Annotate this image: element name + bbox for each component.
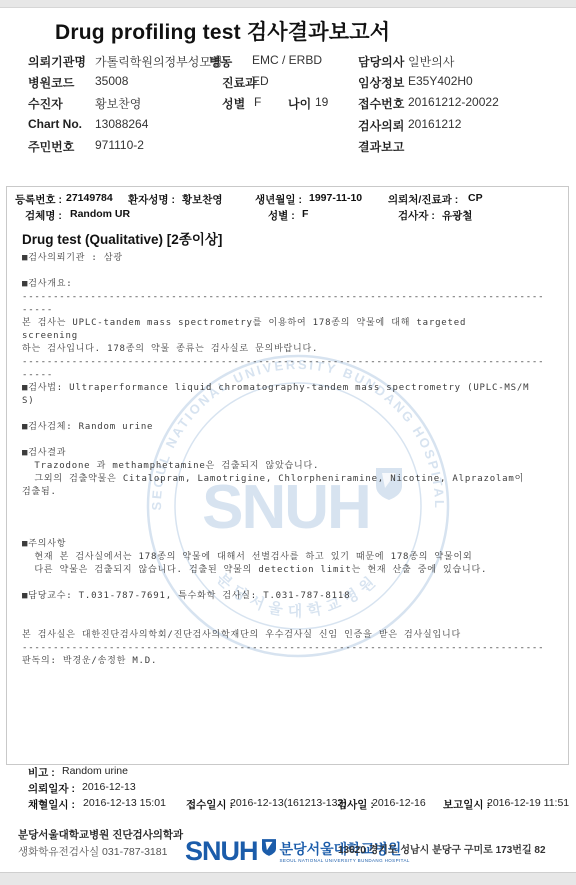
specimen-value: Random UR <box>70 208 130 220</box>
report-body: ■검사의뢰기관 : 삼광 ■검사개요:---------------------… <box>22 252 558 668</box>
receipt-datetime-value: 2016-12-13(161213-133) <box>230 797 347 809</box>
report-line: ■검사검체: Random urine <box>22 421 558 434</box>
bottom-gray-strip <box>0 872 576 885</box>
report-line: ■검사법: Ultraperformance liquid chromatogr… <box>22 382 558 395</box>
report-date-label: 보고일시 : <box>443 797 490 812</box>
report-line: ■주의사항 <box>22 538 558 551</box>
footer-address: 13620 경기도 성남시 분당구 구미로 173번길 82 <box>338 841 546 856</box>
header-value: E35Y402H0 <box>408 74 473 88</box>
test-date-label: 검사일 : <box>337 797 374 812</box>
specimen-label: 검체명 : <box>25 208 62 223</box>
patient-name-value: 황보찬영 <box>182 192 223 207</box>
report-page: Drug profiling test 검사결과보고서 의뢰기관명 가톨릭학원의… <box>0 0 576 885</box>
header-label: 병동 <box>209 53 232 70</box>
header-value: ED <box>252 74 269 88</box>
report-line: ----------------------------------------… <box>22 356 558 369</box>
header-value: 일반의사 <box>408 53 454 70</box>
report-line <box>22 408 558 421</box>
report-line: 하는 검사입니다. 178종의 약물 종류는 검사실로 문의바랍니다. <box>22 343 558 356</box>
header-value: 20161212-20022 <box>408 95 499 109</box>
top-gray-strip <box>0 0 576 8</box>
report-line: 현재 본 검사실에서는 178종의 약물에 대해서 선별검사를 하고 있기 때문… <box>22 551 558 564</box>
report-line <box>22 434 558 447</box>
header-value: 19 <box>315 95 328 109</box>
header-value: F <box>254 95 261 109</box>
report-line: 그외의 검출약물은 Citalopram, Lamotrigine, Chlor… <box>22 473 558 486</box>
receipt-datetime-label: 접수일시 : <box>186 797 233 812</box>
header-label: 담당의사 <box>358 53 404 70</box>
request-date-label: 의뢰일자 : <box>28 781 75 796</box>
collect-datetime-value: 2016-12-13 15:01 <box>83 797 166 809</box>
header-value: 20161212 <box>408 117 461 131</box>
report-line: Trazodone 과 methamphetamine은 검출되지 않았습니다. <box>22 460 558 473</box>
report-line: ----- <box>22 304 558 317</box>
report-line: 판독의: 박경운/송정한 M.D. <box>22 655 558 668</box>
header-value: 가톨릭학원의정부성모병 <box>95 53 223 70</box>
header-value: 35008 <box>95 74 128 88</box>
report-line: ----------------------------------------… <box>22 291 558 304</box>
report-line: screening <box>22 330 558 343</box>
report-line <box>22 577 558 590</box>
header-label: 나이 <box>288 95 311 112</box>
header-value: EMC / ERBD <box>252 53 322 67</box>
report-line <box>22 265 558 278</box>
header-label: 결과보고 <box>358 138 404 155</box>
request-date-value: 2016-12-13 <box>82 781 136 793</box>
footer-lab-phone: 생화학유전검사실 031-787-3181 <box>18 844 167 859</box>
header-value: 황보찬영 <box>95 95 141 112</box>
report-line <box>22 603 558 616</box>
patient-name-label: 환자성명 : <box>128 192 175 207</box>
snuh-shield-icon <box>262 839 276 856</box>
referral-dept-value: CP <box>468 192 483 204</box>
examiner-value: 유광철 <box>442 208 472 223</box>
header-label: 의뢰기관명 <box>28 53 86 70</box>
header-label: 성별 <box>222 95 245 112</box>
report-line <box>22 616 558 629</box>
header-label: 수진자 <box>28 95 63 112</box>
header-label: 검사의뢰 <box>358 117 404 134</box>
header-label: 접수번호 <box>358 95 404 112</box>
test-name-title: Drug test (Qualitative) [2종이상] <box>22 228 222 248</box>
logo-hospital-subtext: SEOUL NATIONAL UNIVERSITY BUNDANG HOSPIT… <box>280 858 410 863</box>
collect-datetime-label: 채혈일시 : <box>28 797 75 812</box>
examiner-label: 검사자 : <box>398 208 435 223</box>
sex-value: F <box>302 208 308 220</box>
note-label: 비고 : <box>28 765 55 780</box>
report-line: 본 검사실은 대한진단검사의학회/진단검사의학재단의 우수검사실 신임 인증을 … <box>22 629 558 642</box>
report-line: S) <box>22 395 558 408</box>
footer-department: 분당서울대학교병원 진단검사의학과 <box>18 827 183 842</box>
report-line: ■검사결과 <box>22 447 558 460</box>
report-line: ■담당교수: T.031-787-7691, 특수화학 검사실: T.031-7… <box>22 590 558 603</box>
sex-label: 성별 : <box>268 208 295 223</box>
report-line <box>22 512 558 525</box>
report-line: ----- <box>22 369 558 382</box>
header-label: 주민번호 <box>28 138 74 155</box>
report-line: ■검사개요: <box>22 278 558 291</box>
header-value: 971110-2 <box>95 138 144 152</box>
referral-dept-label: 의뢰처/진료과 : <box>388 192 458 207</box>
page-title: Drug profiling test 검사결과보고서 <box>55 16 390 46</box>
report-line <box>22 525 558 538</box>
report-line: 다른 약물은 검출되지 않습니다. 검출된 약물의 detection limi… <box>22 564 558 577</box>
header-value: 13088264 <box>95 117 148 131</box>
report-line: 본 검사는 UPLC-tandem mass spectrometry를 이용하… <box>22 317 558 330</box>
reg-no-label: 등록번호 : <box>15 192 62 207</box>
header-label: 병원코드 <box>28 74 74 91</box>
reg-no-value: 27149784 <box>66 192 113 204</box>
header-label: 임상정보 <box>358 74 404 91</box>
test-date-value: 2016-12-16 <box>372 797 426 809</box>
birth-value: 1997-11-10 <box>309 192 362 204</box>
birth-label: 생년월일 : <box>255 192 302 207</box>
note-value: Random urine <box>62 765 128 777</box>
header-label: Chart No. <box>28 117 82 131</box>
snuh-logo-text: SNUH <box>185 838 258 865</box>
report-line: ■검사의뢰기관 : 삼광 <box>22 252 558 265</box>
report-line <box>22 499 558 512</box>
report-line: ----------------------------------------… <box>22 642 558 655</box>
report-line: 검출됨. <box>22 486 558 499</box>
report-date-value: 2016-12-19 11:51 <box>487 797 569 809</box>
